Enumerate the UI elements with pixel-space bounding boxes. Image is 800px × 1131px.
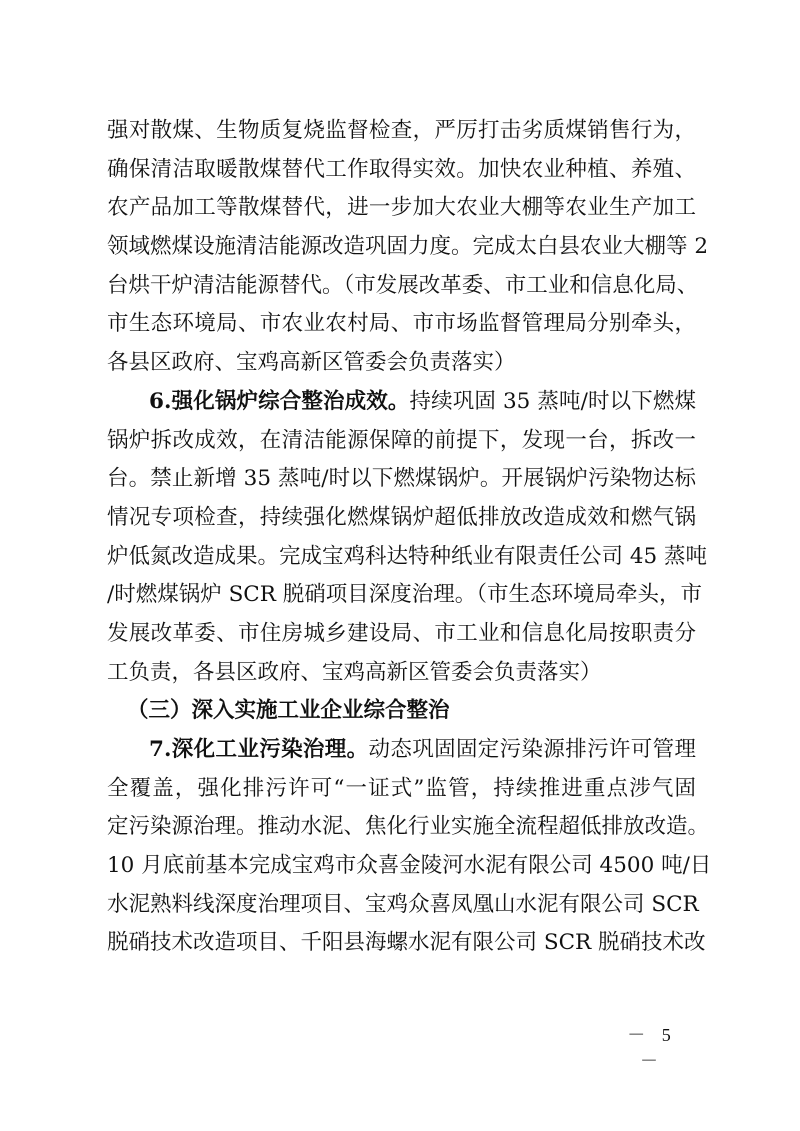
text-line: 市生态环境局、市农业农村局、市市场监督管理局分别牵头， bbox=[107, 305, 696, 344]
document-page: 强对散煤、生物质复烧监督检查，严厉打击劣质煤销售行为， 确保清洁取暖散煤替代工作… bbox=[0, 0, 800, 1131]
text-line: 台烘干炉清洁能源替代。（市发展改革委、市工业和信息化局、 bbox=[107, 267, 696, 306]
text-line: 锅炉拆改成效，在清洁能源保障的前提下，发现一台，拆改一 bbox=[107, 422, 696, 461]
text-line: 发展改革委、市住房城乡建设局、市工业和信息化局按职责分 bbox=[107, 615, 696, 654]
paragraph-continued: 强对散煤、生物质复烧监督检查，严厉打击劣质煤销售行为， 确保清洁取暖散煤替代工作… bbox=[107, 112, 696, 383]
text-line: 领域燃煤设施清洁能源改造巩固力度。完成太白县农业大棚等 2 bbox=[107, 228, 696, 267]
item-heading: 7.深化工业污染治理。 bbox=[149, 737, 369, 762]
text-line: 6.强化锅炉综合整治成效。持续巩固 35 蒸吨/时以下燃煤 bbox=[107, 383, 696, 422]
text-line: 炉低氮改造成果。完成宝鸡科达特种纸业有限责任公司 45 蒸吨 bbox=[107, 538, 696, 577]
text-line: 强对散煤、生物质复烧监督检查，严厉打击劣质煤销售行为， bbox=[107, 112, 696, 151]
text-line: 10 月底前基本完成宝鸡市众喜金陵河水泥有限公司 4500 吨/日 bbox=[107, 847, 696, 886]
section-heading: （三）深入实施工业企业综合整治 bbox=[107, 692, 696, 731]
item-text: 动态巩固固定污染源排污许可管理 bbox=[369, 737, 696, 762]
text-line: 全覆盖，强化排污许可“一证式”监管，持续推进重点涉气固 bbox=[107, 770, 696, 809]
item-text: 持续巩固 35 蒸吨/时以下燃煤 bbox=[410, 389, 696, 414]
text-line: 台。禁止新增 35 蒸吨/时以下燃煤锅炉。开展锅炉污染物达标 bbox=[107, 460, 696, 499]
section-title: （三）深入实施工业企业综合整治 bbox=[107, 692, 696, 731]
page-number: － 5 － bbox=[620, 1022, 684, 1074]
text-line: 定污染源治理。推动水泥、焦化行业实施全流程超低排放改造。 bbox=[107, 808, 696, 847]
paragraph-item-7: 7.深化工业污染治理。动态巩固固定污染源排污许可管理 全覆盖，强化排污许可“一证… bbox=[107, 731, 696, 963]
text-line: 农产品加工等散煤替代，进一步加大农业大棚等农业生产加工 bbox=[107, 189, 696, 228]
text-line: 各县区政府、宝鸡高新区管委会负责落实） bbox=[107, 344, 696, 383]
text-line: /时燃煤锅炉 SCR 脱硝项目深度治理。（市生态环境局牵头，市 bbox=[107, 576, 696, 615]
text-line: 脱硝技术改造项目、千阳县海螺水泥有限公司 SCR 脱硝技术改 bbox=[107, 924, 696, 963]
text-line: 水泥熟料线深度治理项目、宝鸡众喜凤凰山水泥有限公司 SCR bbox=[107, 886, 696, 925]
document-body: 强对散煤、生物质复烧监督检查，严厉打击劣质煤销售行为， 确保清洁取暖散煤替代工作… bbox=[107, 112, 696, 963]
item-heading: 6.强化锅炉综合整治成效。 bbox=[149, 389, 410, 414]
text-line: 确保清洁取暖散煤替代工作取得实效。加快农业种植、养殖、 bbox=[107, 151, 696, 190]
paragraph-item-6: 6.强化锅炉综合整治成效。持续巩固 35 蒸吨/时以下燃煤 锅炉拆改成效，在清洁… bbox=[107, 383, 696, 693]
text-line: 7.深化工业污染治理。动态巩固固定污染源排污许可管理 bbox=[107, 731, 696, 770]
text-line: 情况专项检查，持续强化燃煤锅炉超低排放改造成效和燃气锅 bbox=[107, 499, 696, 538]
text-line: 工负责，各县区政府、宝鸡高新区管委会负责落实） bbox=[107, 654, 696, 693]
